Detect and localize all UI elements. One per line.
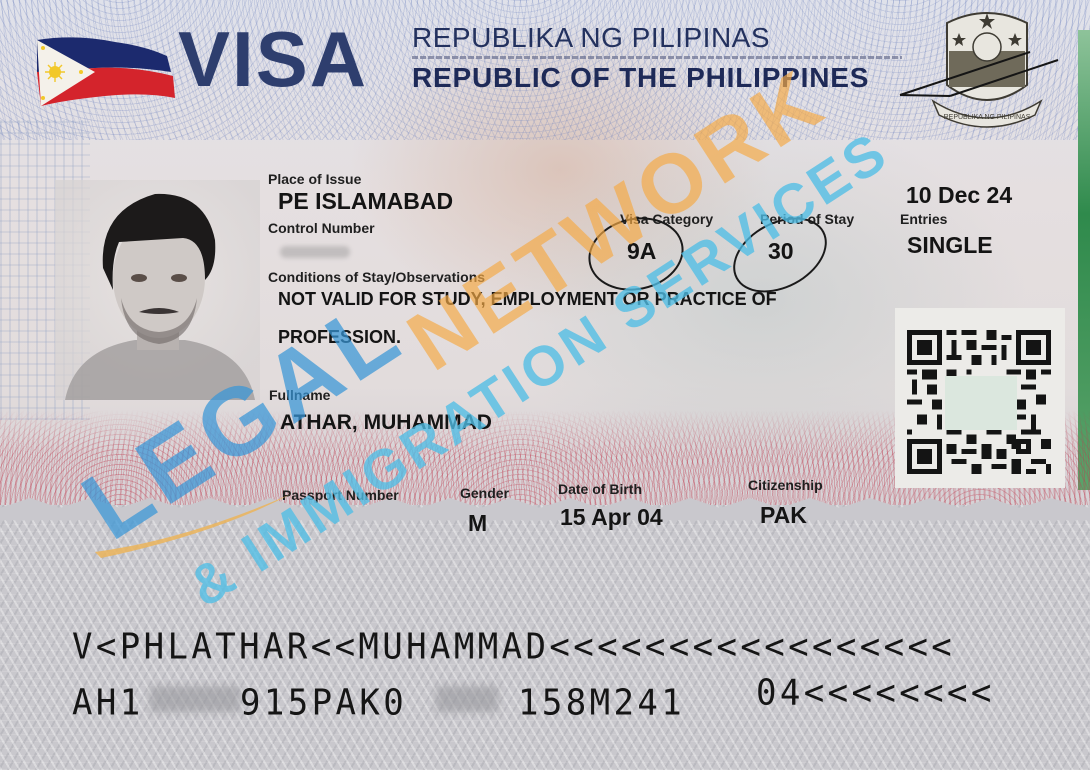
mrz-line-2-part-3: 158M241 [518,685,685,721]
mrz-line-1: V<PHLATHAR<<MUHAMMAD<<<<<<<<<<<<<<<<< [72,629,955,665]
mrz-line-2-part-4: 04<<<<<<<< [756,675,995,711]
qr-code-panel [895,308,1065,488]
date-of-birth-label: Date of Birth [558,482,642,496]
mrz-redaction [150,686,240,712]
entries-label: Entries [900,212,947,226]
visa-title: VISA [178,20,368,98]
valid-until-value: 10 Dec 24 [906,184,1012,207]
citizenship-label: Citizenship [748,478,823,492]
signature-stroke [880,40,1060,110]
visa-document: VISA REPUBLIKA NG PILIPINAS REPUBLIC OF … [0,0,1090,770]
citizenship-value: PAK [760,504,807,527]
svg-text:REPUBLIKA NG PILIPINAS: REPUBLIKA NG PILIPINAS [944,114,1031,121]
mrz-redaction [436,686,498,712]
mrz-line-2-part-1: AH1 [72,685,144,721]
control-number-redacted [280,246,350,258]
qr-redaction-block [945,376,1017,430]
gender-label: Gender [460,486,509,500]
place-of-issue-label: Place of Issue [268,172,361,186]
date-of-birth-value: 15 Apr 04 [560,506,663,529]
microprint-line [412,56,902,59]
philippine-flag-icon [35,36,175,106]
entries-value: SINGLE [907,234,993,257]
country-name-filipino: REPUBLIKA NG PILIPINAS [412,24,770,52]
place-of-issue-value: PE ISLAMABAD [278,190,453,213]
mrz-line-2-part-2: 915PAK0 [240,685,407,721]
gender-value: M [468,512,487,535]
watermark-swoosh-icon [95,490,295,560]
control-number-label: Control Number [268,221,375,235]
